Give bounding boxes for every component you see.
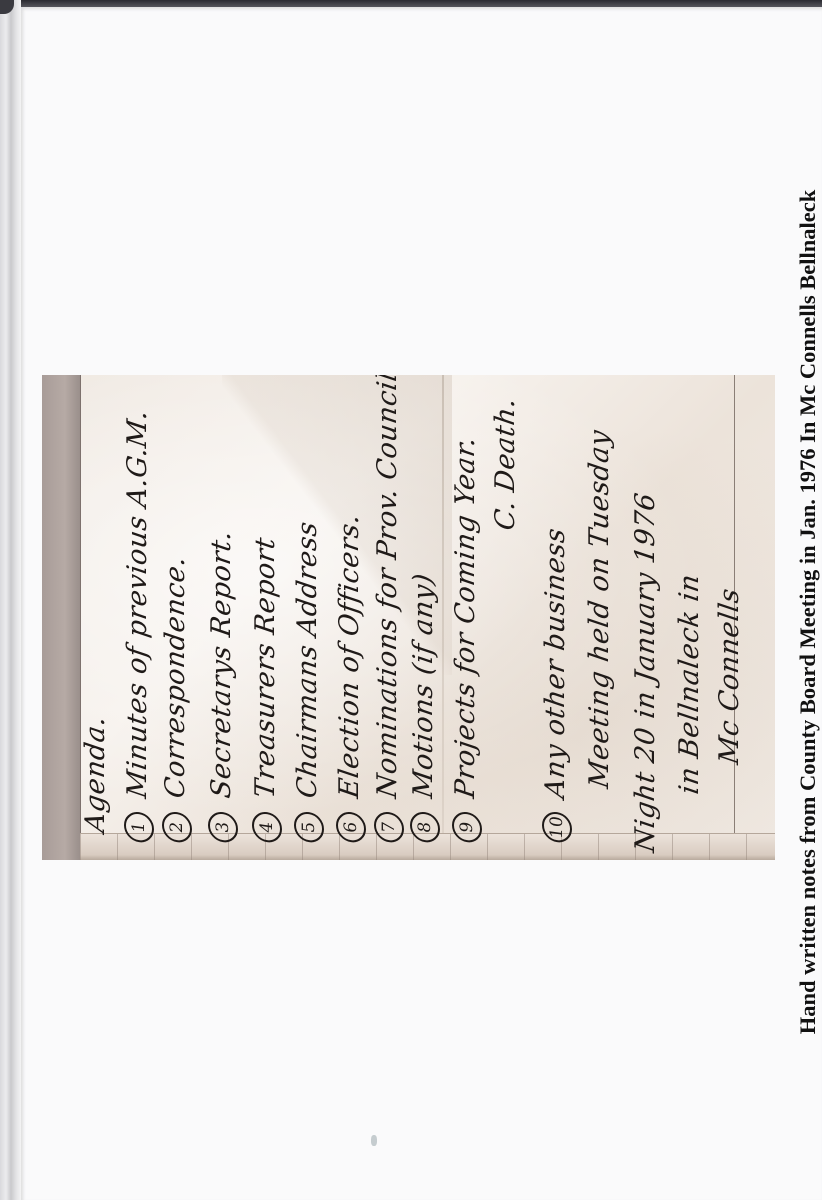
agenda-item: 2Correspondence. <box>160 554 192 844</box>
item-text: Election of Officers. <box>334 512 365 800</box>
scan-speck <box>371 1135 377 1146</box>
agenda-item-subline: C. Death. <box>490 396 521 532</box>
scan-left-edge <box>0 0 21 1200</box>
meeting-details-line: Meeting held on Tuesday <box>584 428 615 790</box>
agenda-item: 3Secretarys Report. <box>206 529 238 845</box>
agenda-item: 1Minutes of previous A.G.M. <box>122 408 154 844</box>
handwritten-text: Agenda. 1Minutes of previous A.G.M. 2Cor… <box>42 375 775 860</box>
item-text: Secretarys Report. <box>206 529 237 801</box>
item-number: 8 <box>410 810 440 844</box>
item-number: 1 <box>124 810 154 844</box>
item-number: 10 <box>542 810 572 844</box>
item-text: Correspondence. <box>160 554 191 800</box>
item-text: Nominations for Prov. Council. <box>372 375 403 800</box>
item-text: Chairmans Address <box>292 519 323 800</box>
item-number: 4 <box>252 810 282 844</box>
handwritten-note-photo: Agenda. 1Minutes of previous A.G.M. 2Cor… <box>42 375 775 860</box>
meeting-details-line: Mc Connells <box>714 586 745 766</box>
meeting-details-line: in Bellnaleck in <box>674 572 705 796</box>
item-text: Treasurers Report <box>250 535 281 800</box>
caption-text: Hand written notes from County Board Mee… <box>795 190 821 1035</box>
item-text: Minutes of previous A.G.M. <box>122 408 153 800</box>
item-text: Projects for Coming Year. <box>450 435 481 800</box>
item-number: 2 <box>162 810 192 844</box>
note-heading: Agenda. <box>80 714 111 834</box>
agenda-item: 7Nominations for Prov. Council. <box>372 375 404 844</box>
item-number: 7 <box>374 810 404 844</box>
item-number: 3 <box>208 810 238 844</box>
meeting-details-line: Night 20 in January 1976 <box>630 491 661 855</box>
item-number: 6 <box>336 810 366 844</box>
agenda-item: 10Any other business <box>540 526 572 844</box>
agenda-item: 6Election of Officers. <box>334 512 366 844</box>
item-text: Motions (if any) <box>408 571 439 800</box>
agenda-item: 9Projects for Coming Year. <box>450 435 482 844</box>
item-number: 9 <box>452 810 482 844</box>
item-text: Any other business <box>540 526 571 800</box>
agenda-item: 5Chairmans Address <box>292 519 324 844</box>
agenda-item: 8Motions (if any) <box>408 571 440 844</box>
item-number: 5 <box>294 810 324 844</box>
scan-top-edge <box>0 0 822 7</box>
agenda-item: 4Treasurers Report <box>250 535 282 844</box>
